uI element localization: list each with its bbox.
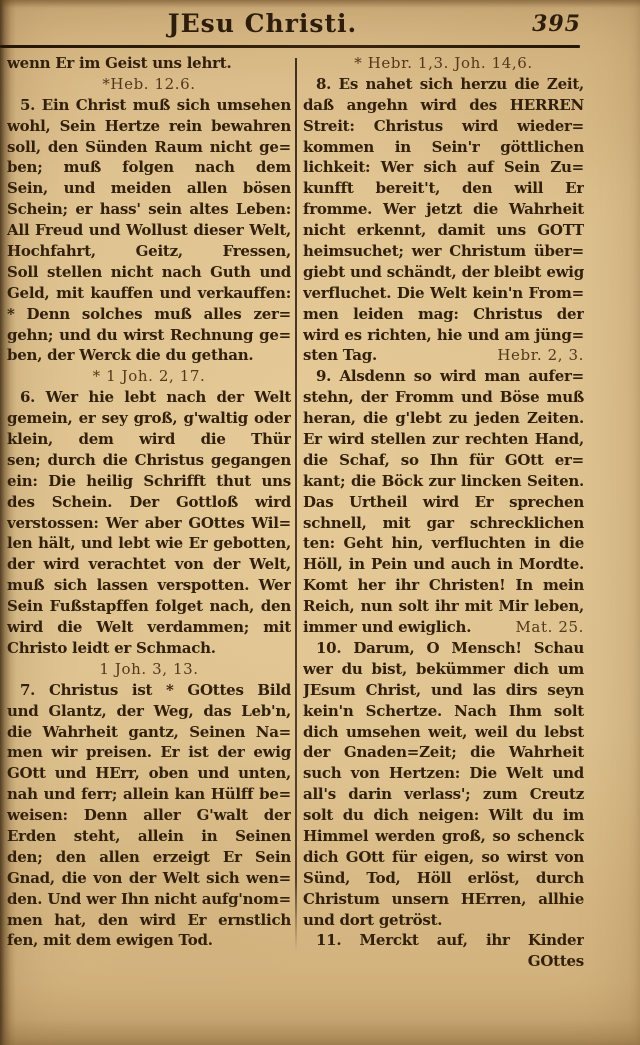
text-line: des Schein. Der Gottloß wird: [7, 492, 291, 513]
text-line: such von Hertzen: Die Welt und: [303, 763, 584, 784]
scripture-reference: Mat. 25.: [515, 617, 584, 638]
text-line: Erden steht, allein in Seinen Hän=: [7, 826, 291, 847]
text-line: heran, die g'lebt zu jeden Zeiten.: [303, 408, 584, 429]
text-line: Hochfahrt, Geitz, Fressen, Sauffen:: [7, 241, 291, 262]
text-line: und dort getröst.: [303, 910, 584, 931]
text-line: Christum unsern HErren, allhie: [303, 889, 584, 910]
text-line: solt du dich neigen: Wilt du im: [303, 805, 584, 826]
text-line: Schein; er hass' sein altes Leben:: [7, 199, 291, 220]
text-line: men leiden mag: Christus der: [303, 304, 584, 325]
column-divider-rule: [295, 58, 297, 951]
text-line: Sünd, Tod, Höll erlöst, durch: [303, 868, 584, 889]
text-line: der wird verachtet von der Welt,: [7, 554, 291, 575]
scripture-reference: 1 Joh. 3, 13.: [7, 659, 291, 680]
text-line: Das Urtheil wird Er sprechen: [303, 492, 584, 513]
text-line: der Gnaden=Zeit; die Wahrheit: [303, 742, 584, 763]
text-line: Er wird stellen zur rechten Hand,: [303, 429, 584, 450]
text-line: gehn; und du wirst Rechnung ge=: [7, 325, 291, 346]
text-line: Geld, mit kauffen und verkauffen:: [7, 283, 291, 304]
text-line: lichkeit: Wer sich auf Sein Zu=: [303, 157, 584, 178]
text-line: gemein, er sey groß, g'waltig oder: [7, 408, 291, 429]
text-line: fen, mit dem ewigen Tod.: [7, 930, 291, 951]
text-line: kunfft bereit't, den will Er machen: [303, 178, 584, 199]
text-line: len hält, und lebt wie Er gebotten,: [7, 533, 291, 554]
scripture-reference: *Heb. 12.6.: [7, 74, 291, 95]
text-line: heimsuchet; wer Christum über=: [303, 241, 584, 262]
text-line: Soll stellen nicht nach Guth und: [7, 262, 291, 283]
text-line: dich GOtt für eigen, so wirst von: [303, 847, 584, 868]
text-line: wird es richten, hie und am jüng=: [303, 325, 584, 346]
right-text-column: * Hebr. 1,3. Joh. 14,6.8. Es nahet sich …: [303, 53, 584, 972]
text-line: sen; durch die Christus gegangen: [7, 450, 291, 471]
text-line: Gnad, die von der Welt sich wen=: [7, 868, 291, 889]
text-line: kein'n Schertze. Nach Ihm solt: [303, 701, 584, 722]
text-line: 7. Christus ist * GOttes Bild: [7, 680, 291, 701]
text-line: wer du bist, bekümmer dich um: [303, 659, 584, 680]
scripture-reference: * Hebr. 1,3. Joh. 14,6.: [303, 53, 584, 74]
text-line: Reich, nun solt ihr mit Mir leben,: [303, 596, 584, 617]
catchword: GOttes: [303, 951, 584, 972]
text-line: ben; muß folgen nach dem HErren: [7, 157, 291, 178]
text-line: sten Tag.: [303, 345, 377, 366]
text-line: Christo leidt er Schmach.: [7, 638, 291, 659]
bottom-edge-shadow: [0, 1019, 640, 1045]
text-line: den; den allen erzeigt Er Sein: [7, 847, 291, 868]
text-line: ten: Geht hin, verfluchten in die: [303, 533, 584, 554]
running-title: JEsu Christi.: [0, 9, 525, 38]
text-line: fromme. Wer jetzt die Wahrheit: [303, 199, 584, 220]
text-line: kommen in Sein'r göttlichen Herr=: [303, 137, 584, 158]
left-text-column: wenn Er im Geist uns lehrt.*Heb. 12.6.5.…: [7, 53, 291, 951]
text-line: 11. Merckt auf, ihr Kinder: [303, 930, 584, 951]
header-rule: [0, 45, 580, 48]
text-line: immer und ewiglich.: [303, 617, 471, 638]
text-line: immer und ewiglich.Mat. 25.: [303, 617, 584, 638]
text-line: wenn Er im Geist uns lehrt.: [7, 53, 291, 74]
text-line: die Schaf, so Ihn für GOtt er=: [303, 450, 584, 471]
text-line: verfluchet. Die Welt kein'n From=: [303, 283, 584, 304]
text-line: giebt und schändt, der bleibt ewig: [303, 262, 584, 283]
text-line: * Denn solches muß alles zer=: [7, 304, 291, 325]
text-line: nah und ferr; allein kan Hülff be=: [7, 784, 291, 805]
text-line: GOtt und HErr, oben und unten,: [7, 763, 291, 784]
text-line: Sein, und meiden allen bösen: [7, 178, 291, 199]
text-line: JEsum Christ, und las dirs seyn: [303, 680, 584, 701]
scripture-reference: * 1 Joh. 2, 17.: [7, 366, 291, 387]
text-line: nicht erkennt, damit uns GOTT: [303, 220, 584, 241]
book-page-scan: JEsu Christi. 395 wenn Er im Geist uns l…: [0, 0, 640, 1045]
text-line: Sein Fußstapffen folget nach, den: [7, 596, 291, 617]
text-line: ein: Die heilig Schrifft thut uns: [7, 471, 291, 492]
text-line: ben, der Werck die du gethan.: [7, 345, 291, 366]
text-line: und Glantz, der Weg, das Leb'n,: [7, 701, 291, 722]
top-edge-shadow: [0, 0, 640, 8]
page-header: JEsu Christi. 395: [0, 9, 585, 43]
text-line: die Wahrheit gantz, Seinen Na=: [7, 722, 291, 743]
text-line: den. Und wer Ihn nicht aufg'nom=: [7, 889, 291, 910]
text-line: klein, dem wird die Thür verschlos=: [7, 429, 291, 450]
text-line: 5. Ein Christ muß sich umsehen: [7, 95, 291, 116]
text-line: sten Tag.Hebr. 2, 3.: [303, 345, 584, 366]
text-line: wohl, Sein Hertze rein bewahren: [7, 116, 291, 137]
text-line: men hat, den wird Er ernstlich straf=: [7, 910, 291, 931]
text-line: All Freud und Wollust dieser Welt,: [7, 220, 291, 241]
text-line: daß angehn wird des HERREN: [303, 95, 584, 116]
text-line: Höll, in Pein und auch in Mordte.: [303, 554, 584, 575]
text-line: schnell, mit gar schrecklichen Wor=: [303, 513, 584, 534]
scripture-reference: Hebr. 2, 3.: [497, 345, 584, 366]
text-line: men wir preisen. Er ist der ewig: [7, 742, 291, 763]
text-line: stehn, der Fromm und Böse muß: [303, 387, 584, 408]
text-line: 6. Wer hie lebt nach der Welt: [7, 387, 291, 408]
text-line: Himmel werden groß, so schenck: [303, 826, 584, 847]
text-line: weisen: Denn aller G'walt der: [7, 805, 291, 826]
text-line: muß sich lassen verspotten. Wer: [7, 575, 291, 596]
page-number: 395: [532, 11, 581, 37]
text-line: 9. Alsdenn so wird man aufer=: [303, 366, 584, 387]
text-line: wird die Welt verdammen; mit: [7, 617, 291, 638]
text-line: Streit: Christus wird wieder=: [303, 116, 584, 137]
text-line: Komt her ihr Christen! In mein: [303, 575, 584, 596]
text-line: 8. Es nahet sich herzu die Zeit,: [303, 74, 584, 95]
text-line: all's darin verlass'; zum Creutz: [303, 784, 584, 805]
text-line: dich umsehen weit, weil du lebst in: [303, 722, 584, 743]
text-line: verstossen: Wer aber GOttes Wil=: [7, 513, 291, 534]
text-line: kant; die Böck zur lincken Seiten.: [303, 471, 584, 492]
text-line: soll, den Sünden Raum nicht ge=: [7, 137, 291, 158]
text-line: 10. Darum, O Mensch! Schau: [303, 638, 584, 659]
